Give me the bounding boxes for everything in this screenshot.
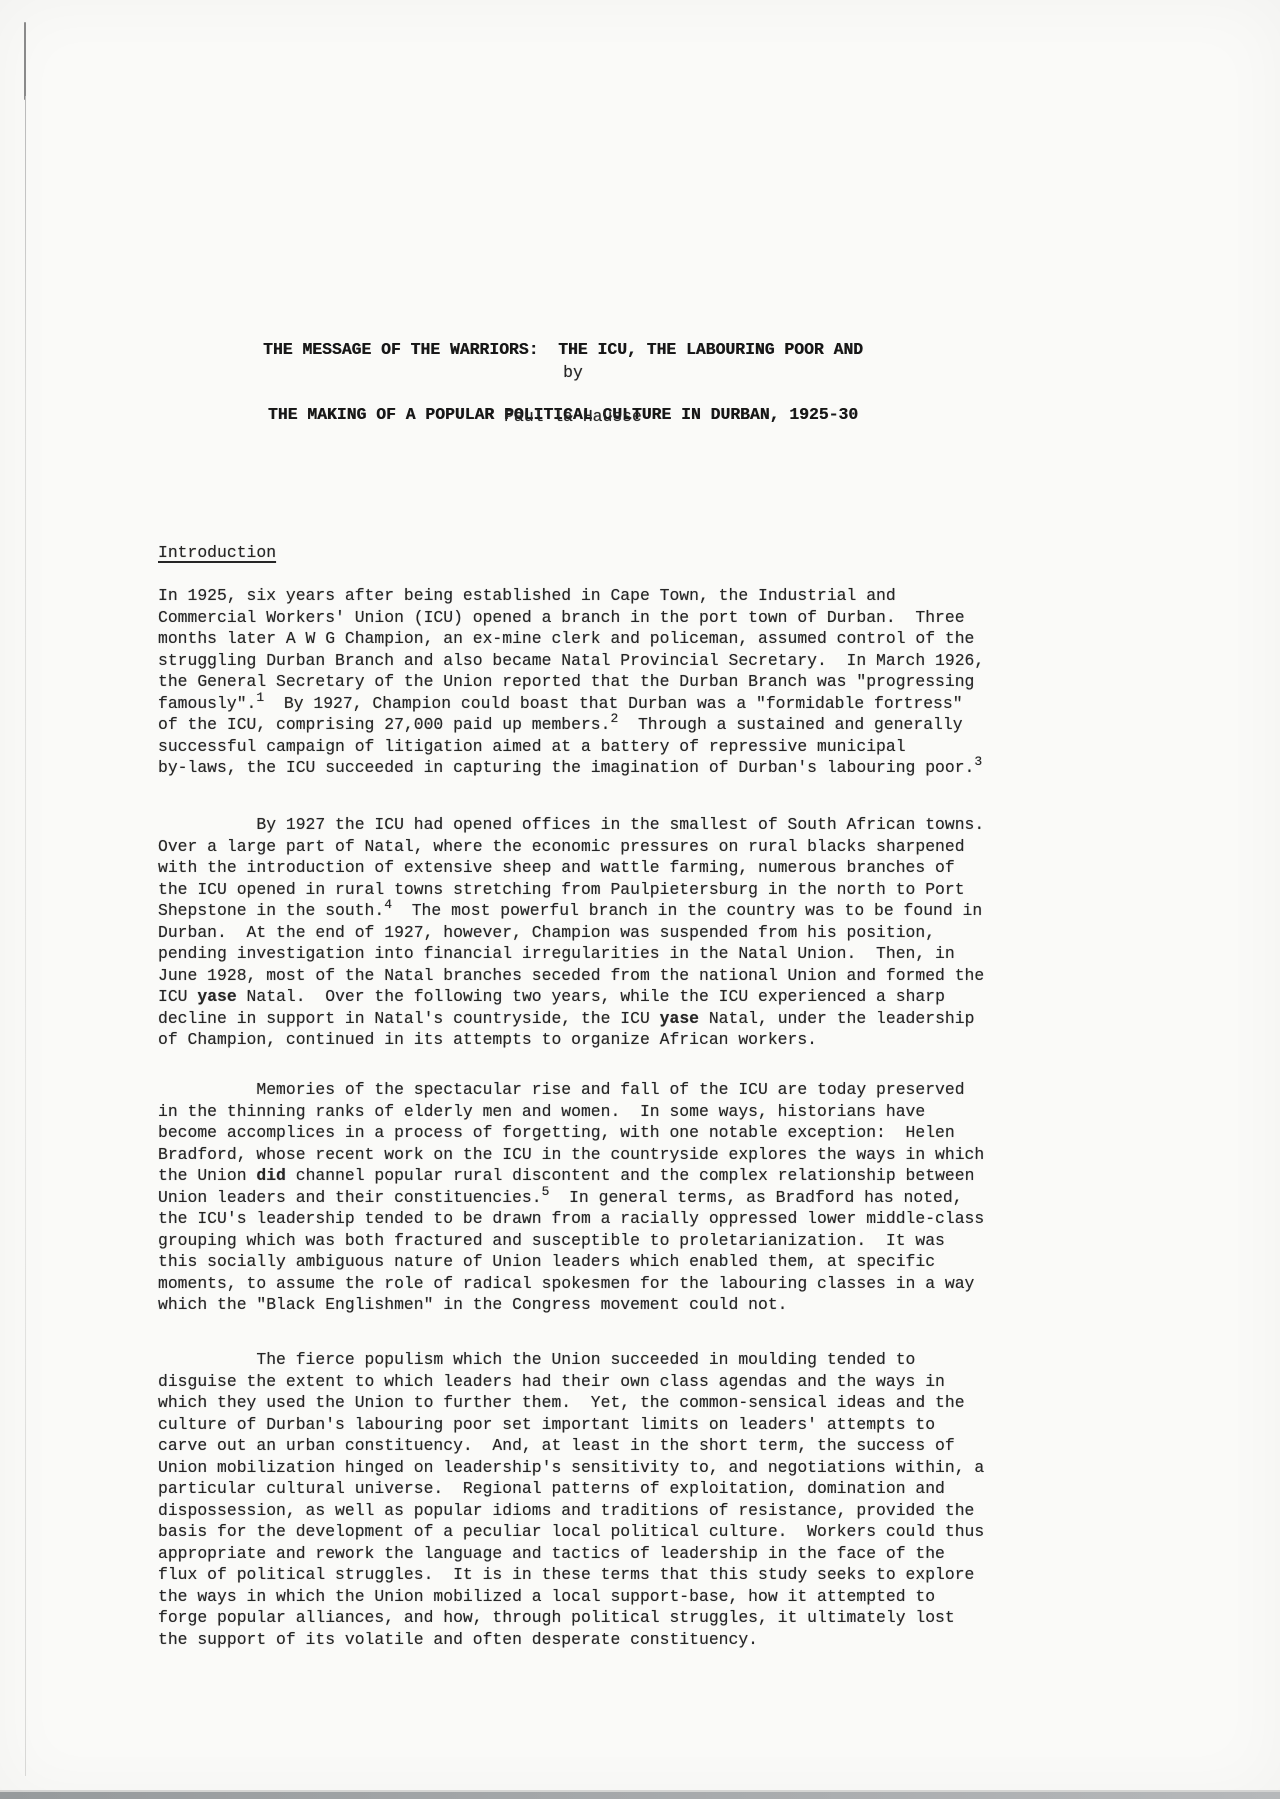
text-line: dispossession, as well as popular idioms… bbox=[158, 1500, 998, 1522]
text-line: appropriate and rework the language and … bbox=[158, 1543, 998, 1565]
text-line: of the ICU, comprising 27,000 paid up me… bbox=[158, 714, 998, 736]
text-line: grouping which was both fractured and su… bbox=[158, 1230, 998, 1252]
text-line: Commercial Workers' Union (ICU) opened a… bbox=[158, 607, 998, 629]
text-line: become accomplices in a process of forge… bbox=[158, 1122, 998, 1144]
text-line: Over a large part of Natal, where the ec… bbox=[158, 836, 998, 858]
byline: by bbox=[158, 362, 988, 384]
text-line: forge popular alliances, and how, throug… bbox=[158, 1607, 998, 1629]
text-line: the Union did channel popular rural disc… bbox=[158, 1165, 998, 1187]
section-heading-introduction: Introduction bbox=[158, 542, 276, 564]
text-line: Union mobilization hinged on leadership'… bbox=[158, 1457, 998, 1479]
text-line: by-laws, the ICU succeeded in capturing … bbox=[158, 757, 998, 779]
text-line: particular cultural universe. Regional p… bbox=[158, 1478, 998, 1500]
text-line: ICU yase Natal. Over the following two y… bbox=[158, 986, 998, 1008]
document-content: THE MESSAGE OF THE WARRIORS: THE ICU, TH… bbox=[158, 0, 988, 1799]
text-line: flux of political struggles. It is in th… bbox=[158, 1564, 998, 1586]
paper-title-line-1: THE MESSAGE OF THE WARRIORS: THE ICU, TH… bbox=[148, 339, 978, 361]
text-line: which they used the Union to further the… bbox=[158, 1392, 998, 1414]
text-line: Shepstone in the south.4 The most powerf… bbox=[158, 900, 998, 922]
text-line: in the thinning ranks of elderly men and… bbox=[158, 1101, 998, 1123]
scan-edge-line bbox=[25, 96, 26, 1776]
paragraph-1: In 1925, six years after being establish… bbox=[158, 585, 998, 779]
text-line: Bradford, whose recent work on the ICU i… bbox=[158, 1144, 998, 1166]
text-line: culture of Durban's labouring poor set i… bbox=[158, 1414, 998, 1436]
text-line: decline in support in Natal's countrysid… bbox=[158, 1008, 998, 1030]
text-line: disguise the extent to which leaders had… bbox=[158, 1371, 998, 1393]
text-line: moments, to assume the role of radical s… bbox=[158, 1273, 998, 1295]
text-line: successful campaign of litigation aimed … bbox=[158, 736, 998, 758]
text-line: In 1925, six years after being establish… bbox=[158, 585, 998, 607]
paragraph-3: Memories of the spectacular rise and fal… bbox=[158, 1079, 998, 1316]
text-line: pending investigation into financial irr… bbox=[158, 943, 998, 965]
text-line: Durban. At the end of 1927, however, Cha… bbox=[158, 922, 998, 944]
text-line: By 1927 the ICU had opened offices in th… bbox=[158, 814, 998, 836]
text-line: Memories of the spectacular rise and fal… bbox=[158, 1079, 998, 1101]
text-line: which the "Black Englishmen" in the Cong… bbox=[158, 1294, 998, 1316]
text-line: basis for the development of a peculiar … bbox=[158, 1521, 998, 1543]
text-line: famously".1 By 1927, Champion could boas… bbox=[158, 693, 998, 715]
scan-corner-mark bbox=[24, 22, 26, 100]
text-line: this socially ambiguous nature of Union … bbox=[158, 1251, 998, 1273]
author-name: Paul la Hausse bbox=[158, 406, 988, 428]
text-line: the ICU's leadership tended to be drawn … bbox=[158, 1208, 998, 1230]
text-line: with the introduction of extensive sheep… bbox=[158, 857, 998, 879]
document-page: THE MESSAGE OF THE WARRIORS: THE ICU, TH… bbox=[0, 0, 1280, 1799]
text-line: Union leaders and their constituencies.5… bbox=[158, 1187, 998, 1209]
paragraph-2: By 1927 the ICU had opened offices in th… bbox=[158, 814, 998, 1051]
text-line: struggling Durban Branch and also became… bbox=[158, 650, 998, 672]
text-line: The fierce populism which the Union succ… bbox=[158, 1349, 998, 1371]
text-line: of Champion, continued in its attempts t… bbox=[158, 1029, 998, 1051]
scan-bottom-edge bbox=[0, 1792, 1280, 1799]
text-line: June 1928, most of the Natal branches se… bbox=[158, 965, 998, 987]
text-line: the ways in which the Union mobilized a … bbox=[158, 1586, 998, 1608]
text-line: months later A W G Champion, an ex-mine … bbox=[158, 628, 998, 650]
text-line: the support of its volatile and often de… bbox=[158, 1629, 998, 1651]
paragraph-4: The fierce populism which the Union succ… bbox=[158, 1349, 998, 1650]
text-line: the General Secretary of the Union repor… bbox=[158, 671, 998, 693]
text-line: carve out an urban constituency. And, at… bbox=[158, 1435, 998, 1457]
text-line: the ICU opened in rural towns stretching… bbox=[158, 879, 998, 901]
